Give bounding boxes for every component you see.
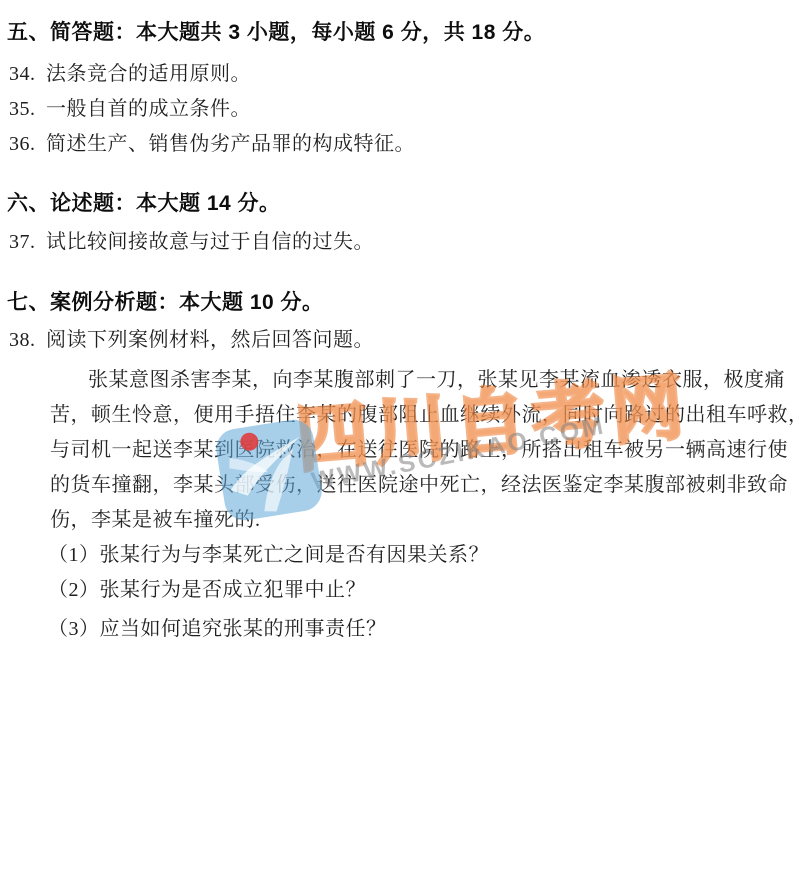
question-text: 试比较间接故意与过于自信的过失。 — [46, 231, 374, 253]
question-number: 35. — [9, 98, 46, 121]
question-text: 简述生产、销售伪劣产品罪的构成特征。 — [46, 133, 415, 155]
question-34: 34.法条竞合的适用原则。 — [9, 57, 251, 86]
sczikao-logo-icon — [211, 415, 327, 526]
section-heading-6: 六、论述题：本大题 14 分。 — [7, 187, 281, 217]
question-text: 一般自首的成立条件。 — [46, 98, 251, 120]
section-heading-5: 五、简答题：本大题共 3 小题，每小题 6 分，共 18 分。 — [7, 16, 545, 46]
sub-question-1: （1）张某行为与李某死亡之间是否有因果关系？ — [48, 538, 489, 567]
question-number: 38. — [9, 329, 46, 352]
question-35: 35.一般自首的成立条件。 — [9, 92, 251, 121]
question-37: 37.试比较间接故意与过于自信的过失。 — [9, 225, 374, 254]
question-number: 34. — [9, 63, 46, 86]
scanned-exam-page: 五、简答题：本大题共 3 小题，每小题 6 分，共 18 分。 34.法条竞合的… — [0, 0, 800, 882]
sub-question-2: （2）张某行为是否成立犯罪中止？ — [48, 573, 366, 602]
section-heading-7: 七、案例分析题：本大题 10 分。 — [7, 286, 324, 316]
question-38: 38.阅读下列案例材料，然后回答问题。 — [9, 323, 374, 352]
question-text: 阅读下列案例材料，然后回答问题。 — [46, 329, 374, 351]
question-number: 36. — [9, 133, 46, 156]
question-number: 37. — [9, 231, 46, 254]
question-36: 36.简述生产、销售伪劣产品罪的构成特征。 — [9, 127, 415, 156]
sub-question-3: （3）应当如何追究张某的刑事责任？ — [48, 612, 387, 641]
question-text: 法条竞合的适用原则。 — [46, 63, 251, 85]
